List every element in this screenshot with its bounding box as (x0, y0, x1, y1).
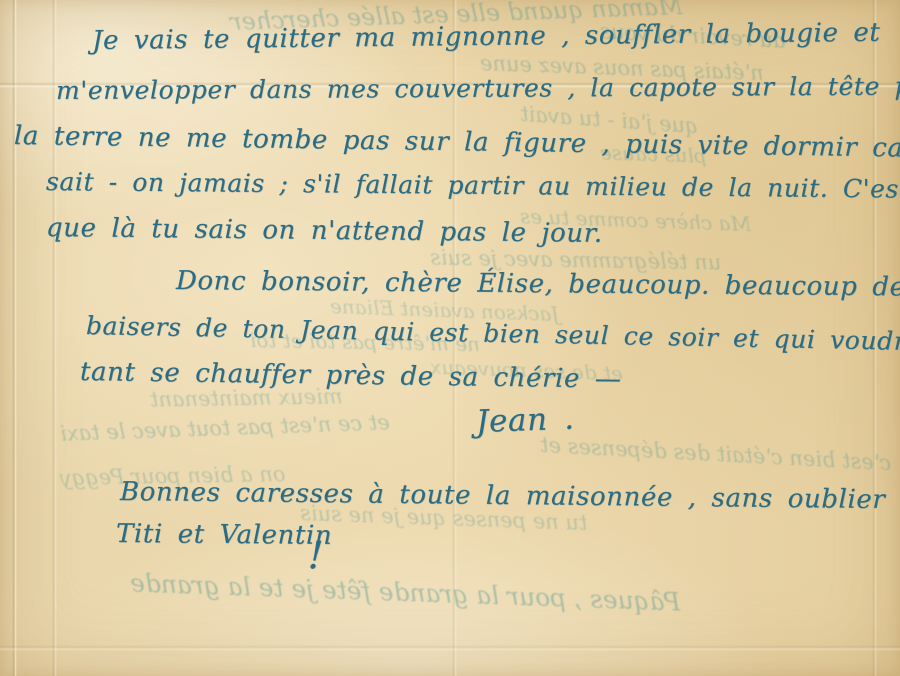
letter-line: m'envelopper dans mes couvertures , la c… (56, 71, 900, 105)
signature: Jean . (475, 401, 575, 440)
letter-scan: Maman quand elle est allée chercher au r… (0, 0, 900, 676)
letter-line: que là tu sais on n'attend pas le jour. (46, 213, 603, 249)
letter-line: Titi et Valentin (116, 519, 332, 551)
exclamation-mark: ! (307, 533, 324, 578)
letter-line: Donc bonsoir, chère Élise, beaucoup. bea… (176, 266, 900, 302)
